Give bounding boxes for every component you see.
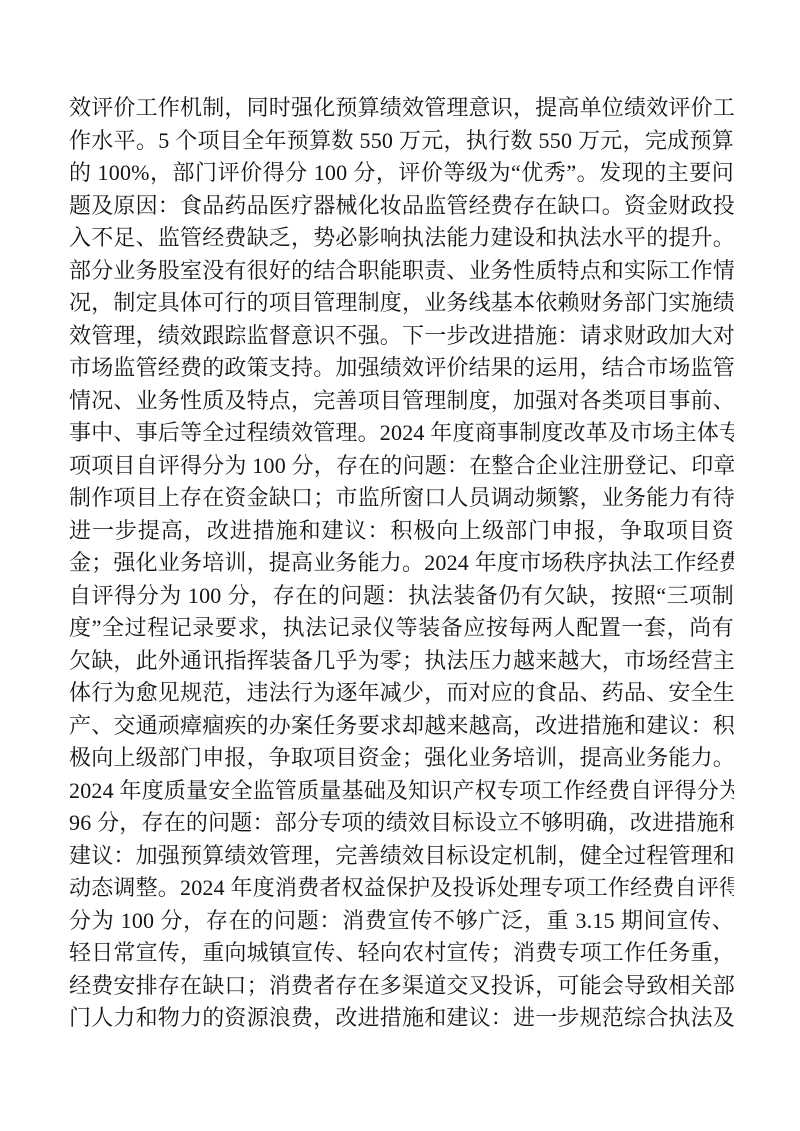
text-line: 况，制定具体可行的项目管理制度，业务线基本依赖财务部门实施绩 <box>69 287 734 320</box>
text-line: 项项目自评得分为 100 分，存在的问题：在整合企业注册登记、印章 <box>69 450 734 483</box>
text-line: 金；强化业务培训，提高业务能力。2024 年度市场秩序执法工作经费 <box>69 547 734 580</box>
text-line: 的 100%，部门评价得分 100 分，评价等级为“优秀”。发现的主要问 <box>69 157 734 190</box>
text-line: 门人力和物力的资源浪费，改进措施和建议：进一步规范综合执法及 <box>69 1002 734 1035</box>
text-line: 欠缺，此外通讯指挥装备几乎为零；执法压力越来越大，市场经营主 <box>69 645 734 678</box>
text-line: 进一步提高，改进措施和建议：积极向上级部门申报，争取项目资 <box>69 515 734 548</box>
text-line: 情况、业务性质及特点，完善项目管理制度，加强对各类项目事前、 <box>69 385 734 418</box>
text-line: 产、交通顽瘴痼疾的办案任务要求却越来越高，改进措施和建议：积 <box>69 710 734 743</box>
text-line: 建议：加强预算绩效管理，完善绩效目标设定机制，健全过程管理和 <box>69 840 734 873</box>
text-line: 市场监管经费的政策支持。加强绩效评价结果的运用，结合市场监管 <box>69 352 734 385</box>
text-line: 动态调整。2024 年度消费者权益保护及投诉处理专项工作经费自评得 <box>69 872 734 905</box>
text-line: 部分业务股室没有很好的结合职能职责、业务性质特点和实际工作情 <box>69 255 734 288</box>
text-line: 入不足、监管经费缺乏，势必影响执法能力建设和执法水平的提升。 <box>69 222 734 255</box>
text-line: 分为 100 分，存在的问题：消费宣传不够广泛，重 3.15 期间宣传、 <box>69 905 734 938</box>
text-line: 度”全过程记录要求，执法记录仪等装备应按每两人配置一套，尚有 <box>69 612 734 645</box>
text-line: 效管理，绩效跟踪监督意识不强。下一步改进措施：请求财政加大对 <box>69 320 734 353</box>
text-line: 自评得分为 100 分，存在的问题：执法装备仍有欠缺，按照“三项制 <box>69 580 734 613</box>
text-line: 极向上级部门申报，争取项目资金；强化业务培训，提高业务能力。 <box>69 742 734 775</box>
text-line: 事中、事后等全过程绩效管理。2024 年度商事制度改革及市场主体专 <box>69 417 734 450</box>
document-page: 效评价工作机制，同时强化预算绩效管理意识，提高单位绩效评价工作水平。5 个项目全… <box>0 0 800 1131</box>
paragraph-text-block: 效评价工作机制，同时强化预算绩效管理意识，提高单位绩效评价工作水平。5 个项目全… <box>69 92 734 1035</box>
text-line: 作水平。5 个项目全年预算数 550 万元，执行数 550 万元，完成预算 <box>69 125 734 158</box>
text-line: 体行为愈见规范，违法行为逐年减少，而对应的食品、药品、安全生 <box>69 677 734 710</box>
text-line: 题及原因：食品药品医疗器械化妆品监管经费存在缺口。资金财政投 <box>69 190 734 223</box>
text-line: 轻日常宣传，重向城镇宣传、轻向农村宣传；消费专项工作任务重， <box>69 937 734 970</box>
text-line: 2024 年度质量安全监管质量基础及知识产权专项工作经费自评得分为 <box>69 775 734 808</box>
text-line: 制作项目上存在资金缺口；市监所窗口人员调动频繁，业务能力有待 <box>69 482 734 515</box>
text-line: 效评价工作机制，同时强化预算绩效管理意识，提高单位绩效评价工 <box>69 92 734 125</box>
text-line: 96 分，存在的问题：部分专项的绩效目标设立不够明确，改进措施和 <box>69 807 734 840</box>
text-line: 经费安排存在缺口；消费者存在多渠道交叉投诉，可能会导致相关部 <box>69 970 734 1003</box>
